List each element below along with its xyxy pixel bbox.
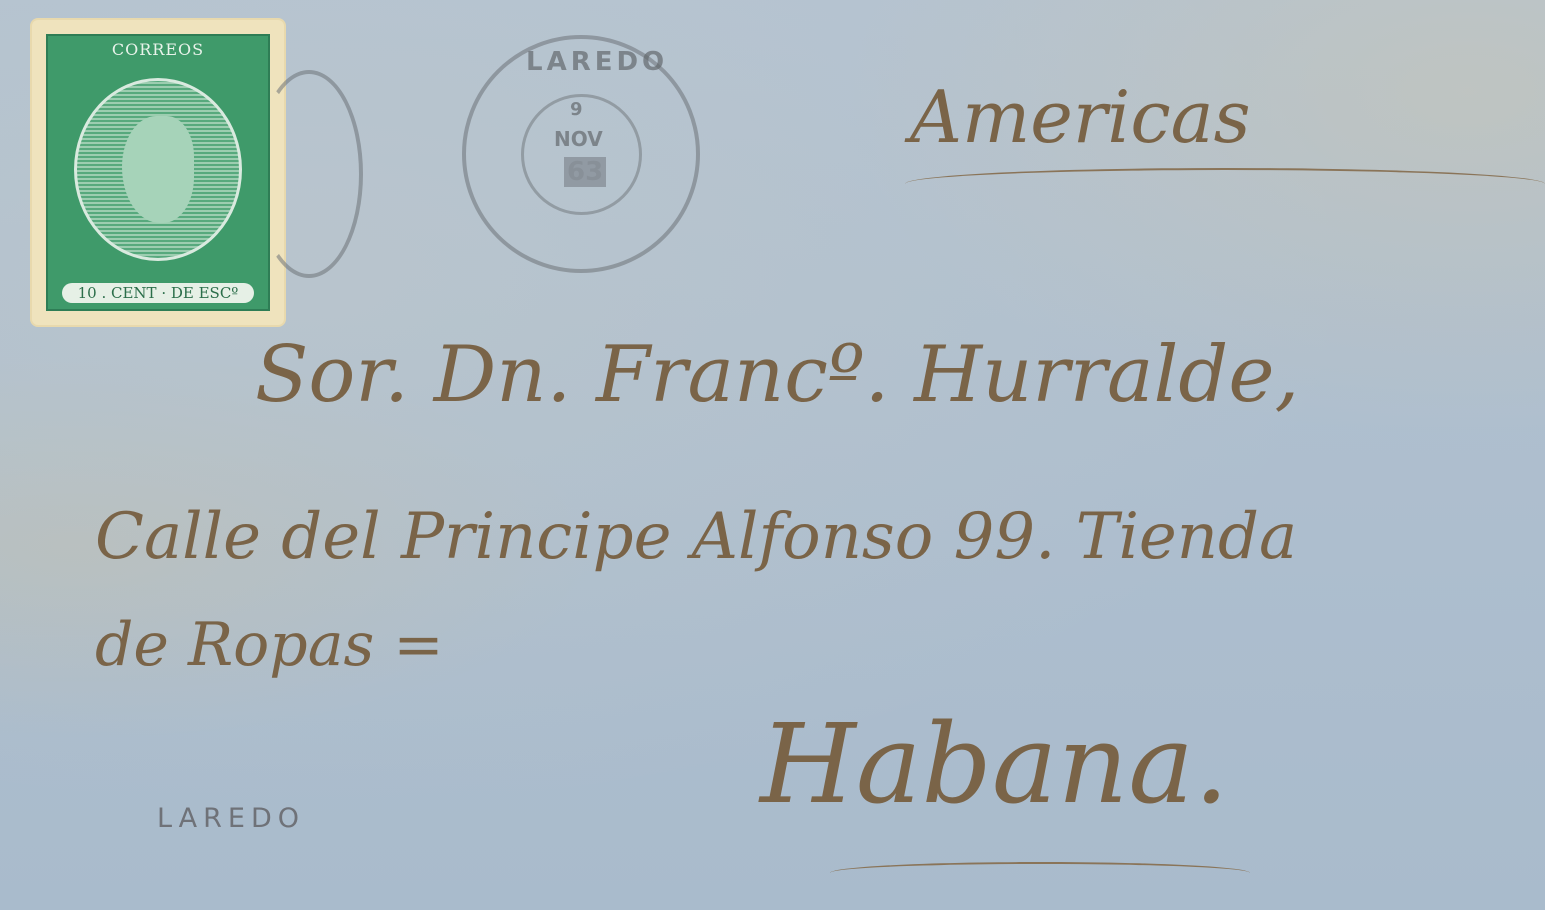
destination-header: Americas [910, 75, 1251, 159]
stamp-portrait-oval [74, 78, 242, 261]
postage-stamp: CORREOS 10 . CENT · DE ESCº [32, 20, 284, 325]
queen-portrait-icon [122, 116, 193, 222]
address-line-1: Sor. Dn. Francº. Hurralde, [255, 330, 1299, 420]
address-line-2: Calle del Principe Alfonso 99. Tienda [95, 500, 1297, 574]
address-line-3: de Ropas = [95, 610, 444, 680]
pencil-note: LAREDO [157, 803, 305, 834]
stamp-frame: CORREOS 10 . CENT · DE ESCº [46, 34, 270, 311]
postmark-day: 9 [570, 99, 583, 120]
header-underline [905, 168, 1545, 200]
address-city: Habana. [760, 700, 1229, 828]
city-underline [830, 862, 1250, 884]
postmark-month: NOV [554, 127, 603, 151]
stamp-cancel-postmark [255, 70, 363, 278]
stamp-top-text: CORREOS [48, 40, 268, 59]
stamp-value-text: 10 . CENT · DE ESCº [62, 283, 254, 303]
postmark-town: LAREDO [526, 47, 668, 77]
laredo-postmark: LAREDO 9 NOV 63 [462, 35, 700, 273]
postmark-year: 63 [564, 157, 606, 187]
